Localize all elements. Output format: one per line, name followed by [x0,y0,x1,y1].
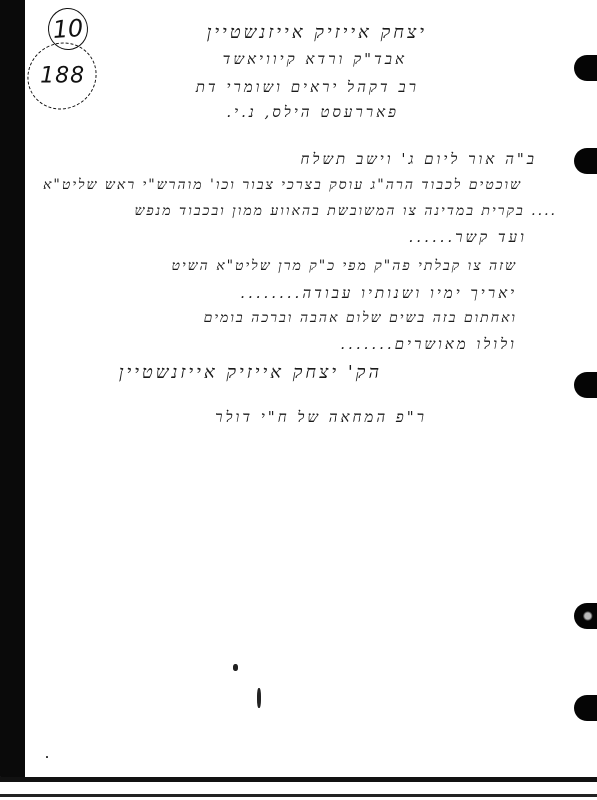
scan-left-border [0,0,25,782]
punch-hole-icon [574,148,597,174]
letter-line-1: שוכטים לכבוד הרה"ג עוסק בצרכי צבור וכו' … [43,177,522,194]
postscript: ר"פ המחאה של ח"י דולר [215,408,427,427]
punch-hole-icon [574,695,597,721]
letterhead-congregation: רב דקהל יראים ושומרי דת [196,78,419,97]
archive-number-text: 188 [40,64,85,89]
letter-line-2: .... בקרית במדינה צו המשובשת בהאווע ממון… [134,203,557,220]
scanned-letter-page: 10 188 יצחק אייזיק אייזנשטיין אבד"ק ורדא… [0,0,597,800]
letter-line-3: ועד קשר...... [409,228,527,247]
circled-archive-number: 188 [16,30,109,121]
letter-line-4: שזה צו קבלתי פה"ק מפי כ"ק מרן שליט"א השי… [172,258,518,275]
punch-hole-icon [574,603,597,629]
letter-line-7: ולולו מאושרים....... [340,335,517,354]
page-number-text: 10 [52,14,84,44]
letterhead-location: פאררעסט הילס, נ.י. [226,103,399,122]
scan-bottom-edge [0,777,597,782]
scan-speck [233,664,238,671]
letterhead-title: אבד"ק ורדא קיוויאשד [223,50,407,69]
punch-hole-icon [574,55,597,81]
punch-hole-icon [574,372,597,398]
scan-speck [257,688,261,708]
signature: הק' יצחק אייזיק אייזנשטיין [119,362,382,383]
letter-line-6: ואחתום בזה בשים שלום אהבה וברכה בומים [204,310,517,327]
scan-speck [46,756,48,758]
scan-bottom-line [0,794,597,797]
letter-line-5: יאריך ימיו ושנותיו עבודה........ [240,284,517,303]
date-line: ב"ה אור ליום ג' וישב תשלח [301,150,537,169]
letterhead-name: יצחק אייזיק אייזנשטיין [207,22,427,43]
